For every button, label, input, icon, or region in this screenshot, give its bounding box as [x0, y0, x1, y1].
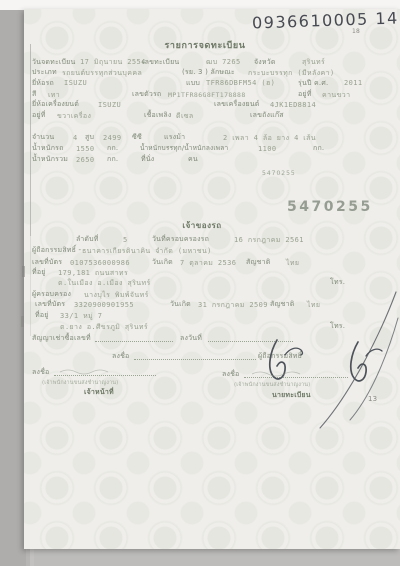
- engine-number-value: 4JK1ED8814: [270, 101, 316, 109]
- cylinders-label: จำนวน: [32, 133, 54, 141]
- contract-number-blank: [95, 340, 173, 342]
- engine-number-label: เลขเครื่องยนต์: [214, 100, 260, 108]
- holder-signature-line: [134, 358, 256, 360]
- possessor-nationality-value: ไทย: [307, 301, 320, 309]
- holder-label: ผู้ถือกรรมสิทธิ์ -: [32, 246, 81, 254]
- gross-weight-label: น้ำหนักรวม: [32, 155, 68, 163]
- engine-brand-label: ยี่ห้อเครื่องยนต์: [32, 100, 79, 108]
- registrar-role-stamp: (เจ้าพนักงานขนส่งชำนาญงาน): [234, 381, 310, 389]
- engine-brand-value: ISUZU: [98, 101, 121, 109]
- seats-label: ที่นั่ง: [141, 155, 154, 163]
- province-label: จังหวัด: [254, 58, 276, 66]
- chassis-value: MP1TFR86G8FT178888: [168, 91, 246, 99]
- possessor-id-label: เลขที่บัตร: [35, 300, 65, 308]
- registrar-title-label: นายทะเบียน: [272, 391, 311, 399]
- fuel-label: เชื้อเพลิง: [144, 111, 171, 119]
- color-label: สี: [32, 90, 36, 98]
- holder-dob-label: วันเกิด: [152, 258, 173, 266]
- holder-address-line2: ต.ในเมือง อ.เมือง สุรินทร์: [58, 279, 151, 287]
- holder-nationality-value: ไทย: [286, 259, 299, 267]
- load-weight-label: น้ำหนักบรรทุก/น้ำหนักลงเพลา: [140, 144, 228, 152]
- officer-sign-label: ลงชื่อ: [32, 368, 49, 376]
- year-value: 2011: [344, 79, 362, 87]
- fold-crease-line-faint: [30, 236, 31, 336]
- holder-phone-label: โทร.: [330, 278, 345, 286]
- body-style-label: (รย. 3 ) ลักษณะ: [182, 68, 235, 76]
- brand-value: ISUZU: [64, 79, 87, 87]
- plate-value: ฒบ 7265: [206, 58, 241, 66]
- document-title: รายการจดทะเบียน: [165, 42, 246, 50]
- contract-date-label: ลงวันที่: [180, 334, 202, 342]
- gross-weight-unit: กก.: [107, 155, 118, 163]
- seats-unit: คน: [188, 155, 198, 163]
- corner-mark: 18: [352, 28, 360, 36]
- engine-location-label: อยู่ที่: [32, 111, 46, 119]
- officer-role-stamp: (เจ้าพนักงานขนส่งชำนาญงาน): [42, 379, 118, 387]
- fuel-value: ดีเซล: [176, 112, 194, 120]
- officer-signature-line: [54, 374, 156, 376]
- axles-tires-value: 2 เพลา 4 ล้อ ยาง 4 เส้น: [223, 134, 316, 142]
- possessor-nationality-label: สัญชาติ: [270, 300, 294, 308]
- province-value: สุรินทร์: [302, 58, 325, 66]
- serial-number-small: 5470255: [262, 170, 296, 178]
- registrar-sign-label: ลงชื่อ: [222, 370, 239, 378]
- cc-unit: ซีซี: [132, 133, 142, 141]
- type-value: รถยนต์บรรทุกส่วนบุคคล: [62, 69, 142, 77]
- possessor-label: ผู้ครอบครอง: [32, 290, 71, 298]
- load-weight-value: 1100: [258, 145, 276, 153]
- cylinders-value: 4: [73, 134, 78, 142]
- curb-weight-value: 1550: [76, 145, 94, 153]
- possessor-name-value: นางบุไร พิมพ์จันทร์: [84, 291, 149, 299]
- registration-document-scan: 0936610005 14 18 รายการจดทะเบียน วันจดทะ…: [0, 0, 400, 566]
- model-label: แบบ: [186, 79, 200, 87]
- book-serial-number: 5470255: [287, 203, 373, 211]
- curb-weight-unit: กก.: [107, 144, 118, 152]
- possessor-address-label: ที่อยู่: [35, 311, 49, 319]
- edge-mark: [21, 316, 24, 327]
- type-label: ประเภท: [32, 68, 57, 76]
- brand-label: ยี่ห้อรถ: [32, 79, 54, 87]
- holder-nationality-label: สัญชาติ: [246, 258, 270, 266]
- cylinders-unit: สูบ: [85, 133, 94, 141]
- sequence-label: ลำดับที่: [76, 235, 99, 243]
- fold-crease-line: [30, 44, 31, 236]
- edge-mark: [22, 266, 25, 277]
- chassis-location-label: อยู่ที่: [298, 90, 312, 98]
- possession-date-label: วันที่ครอบครองรถ: [152, 235, 209, 243]
- model-value: TFR86DBFM54 (ฮ): [206, 79, 275, 87]
- registrar-signature-line: [244, 376, 348, 378]
- page-number: 13: [368, 395, 377, 403]
- color-value: เทา: [48, 91, 60, 99]
- holder-sign-role: ผู้ถือกรรมสิทธิ์: [258, 352, 302, 360]
- possessor-address-line2: ต.ยาง อ.ศีขรภูมิ สุรินทร์: [60, 323, 148, 331]
- sequence-value: 5: [123, 236, 128, 244]
- possessor-id-value: 3320900901955: [74, 301, 134, 309]
- possessor-phone-label: โทร.: [330, 322, 345, 330]
- contract-date-blank: [208, 340, 293, 342]
- possessor-dob-value: 31 กรกฎาคม 2509: [198, 301, 268, 309]
- reg-date-label: วันจดทะเบียน: [32, 58, 75, 66]
- possessor-address-line1: 33/1 หมู่ 7: [60, 312, 102, 320]
- reg-date-value: 17 มิถุนายน 2554: [80, 58, 146, 66]
- holder-name-value: ธนาคารเกียรตินาคิน จำกัด (มหาชน): [82, 247, 212, 255]
- hire-purchase-contract-label: สัญญาเช่าซื้อเลขที่: [32, 334, 91, 342]
- handwritten-reference-number: 0936610005 14: [252, 14, 399, 27]
- engine-location-value: ขวาเครื่อง: [57, 112, 91, 120]
- horsepower-label: แรงม้า: [164, 133, 185, 141]
- curb-weight-label: น้ำหนักรถ: [32, 144, 64, 152]
- holder-dob-value: 7 ตุลาคม 2536: [180, 259, 236, 267]
- holder-sign-label: ลงชื่อ: [112, 352, 129, 360]
- possession-date-value: 16 กรกฎาคม 2561: [234, 236, 304, 244]
- holder-id-value: 0107536000986: [70, 259, 130, 267]
- officer-title-label: เจ้าหน้าที่: [84, 388, 114, 396]
- body-style-value: กระบะบรรทุก (มีหลังคา): [248, 69, 335, 77]
- gas-tank-label: เลขถังแก๊ส: [250, 111, 284, 119]
- load-weight-unit: กก.: [313, 144, 324, 152]
- gross-weight-value: 2650: [76, 156, 94, 164]
- plate-label: เลขทะเบียน: [142, 58, 179, 66]
- chassis-label: เลขตัวรถ: [132, 90, 161, 98]
- possessor-dob-label: วันเกิด: [170, 300, 191, 308]
- holder-id-label: เลขที่บัตร: [32, 258, 62, 266]
- holder-address-label: ที่อยู่: [32, 268, 46, 276]
- holder-address-line1: 179,181 ถนนสาทร: [58, 269, 128, 277]
- owner-section-title: เจ้าของรถ: [182, 222, 221, 230]
- year-label: รุ่นปี ค.ศ.: [298, 79, 328, 87]
- chassis-location-value: คานขวา: [322, 91, 350, 99]
- cc-value: 2499: [103, 134, 121, 142]
